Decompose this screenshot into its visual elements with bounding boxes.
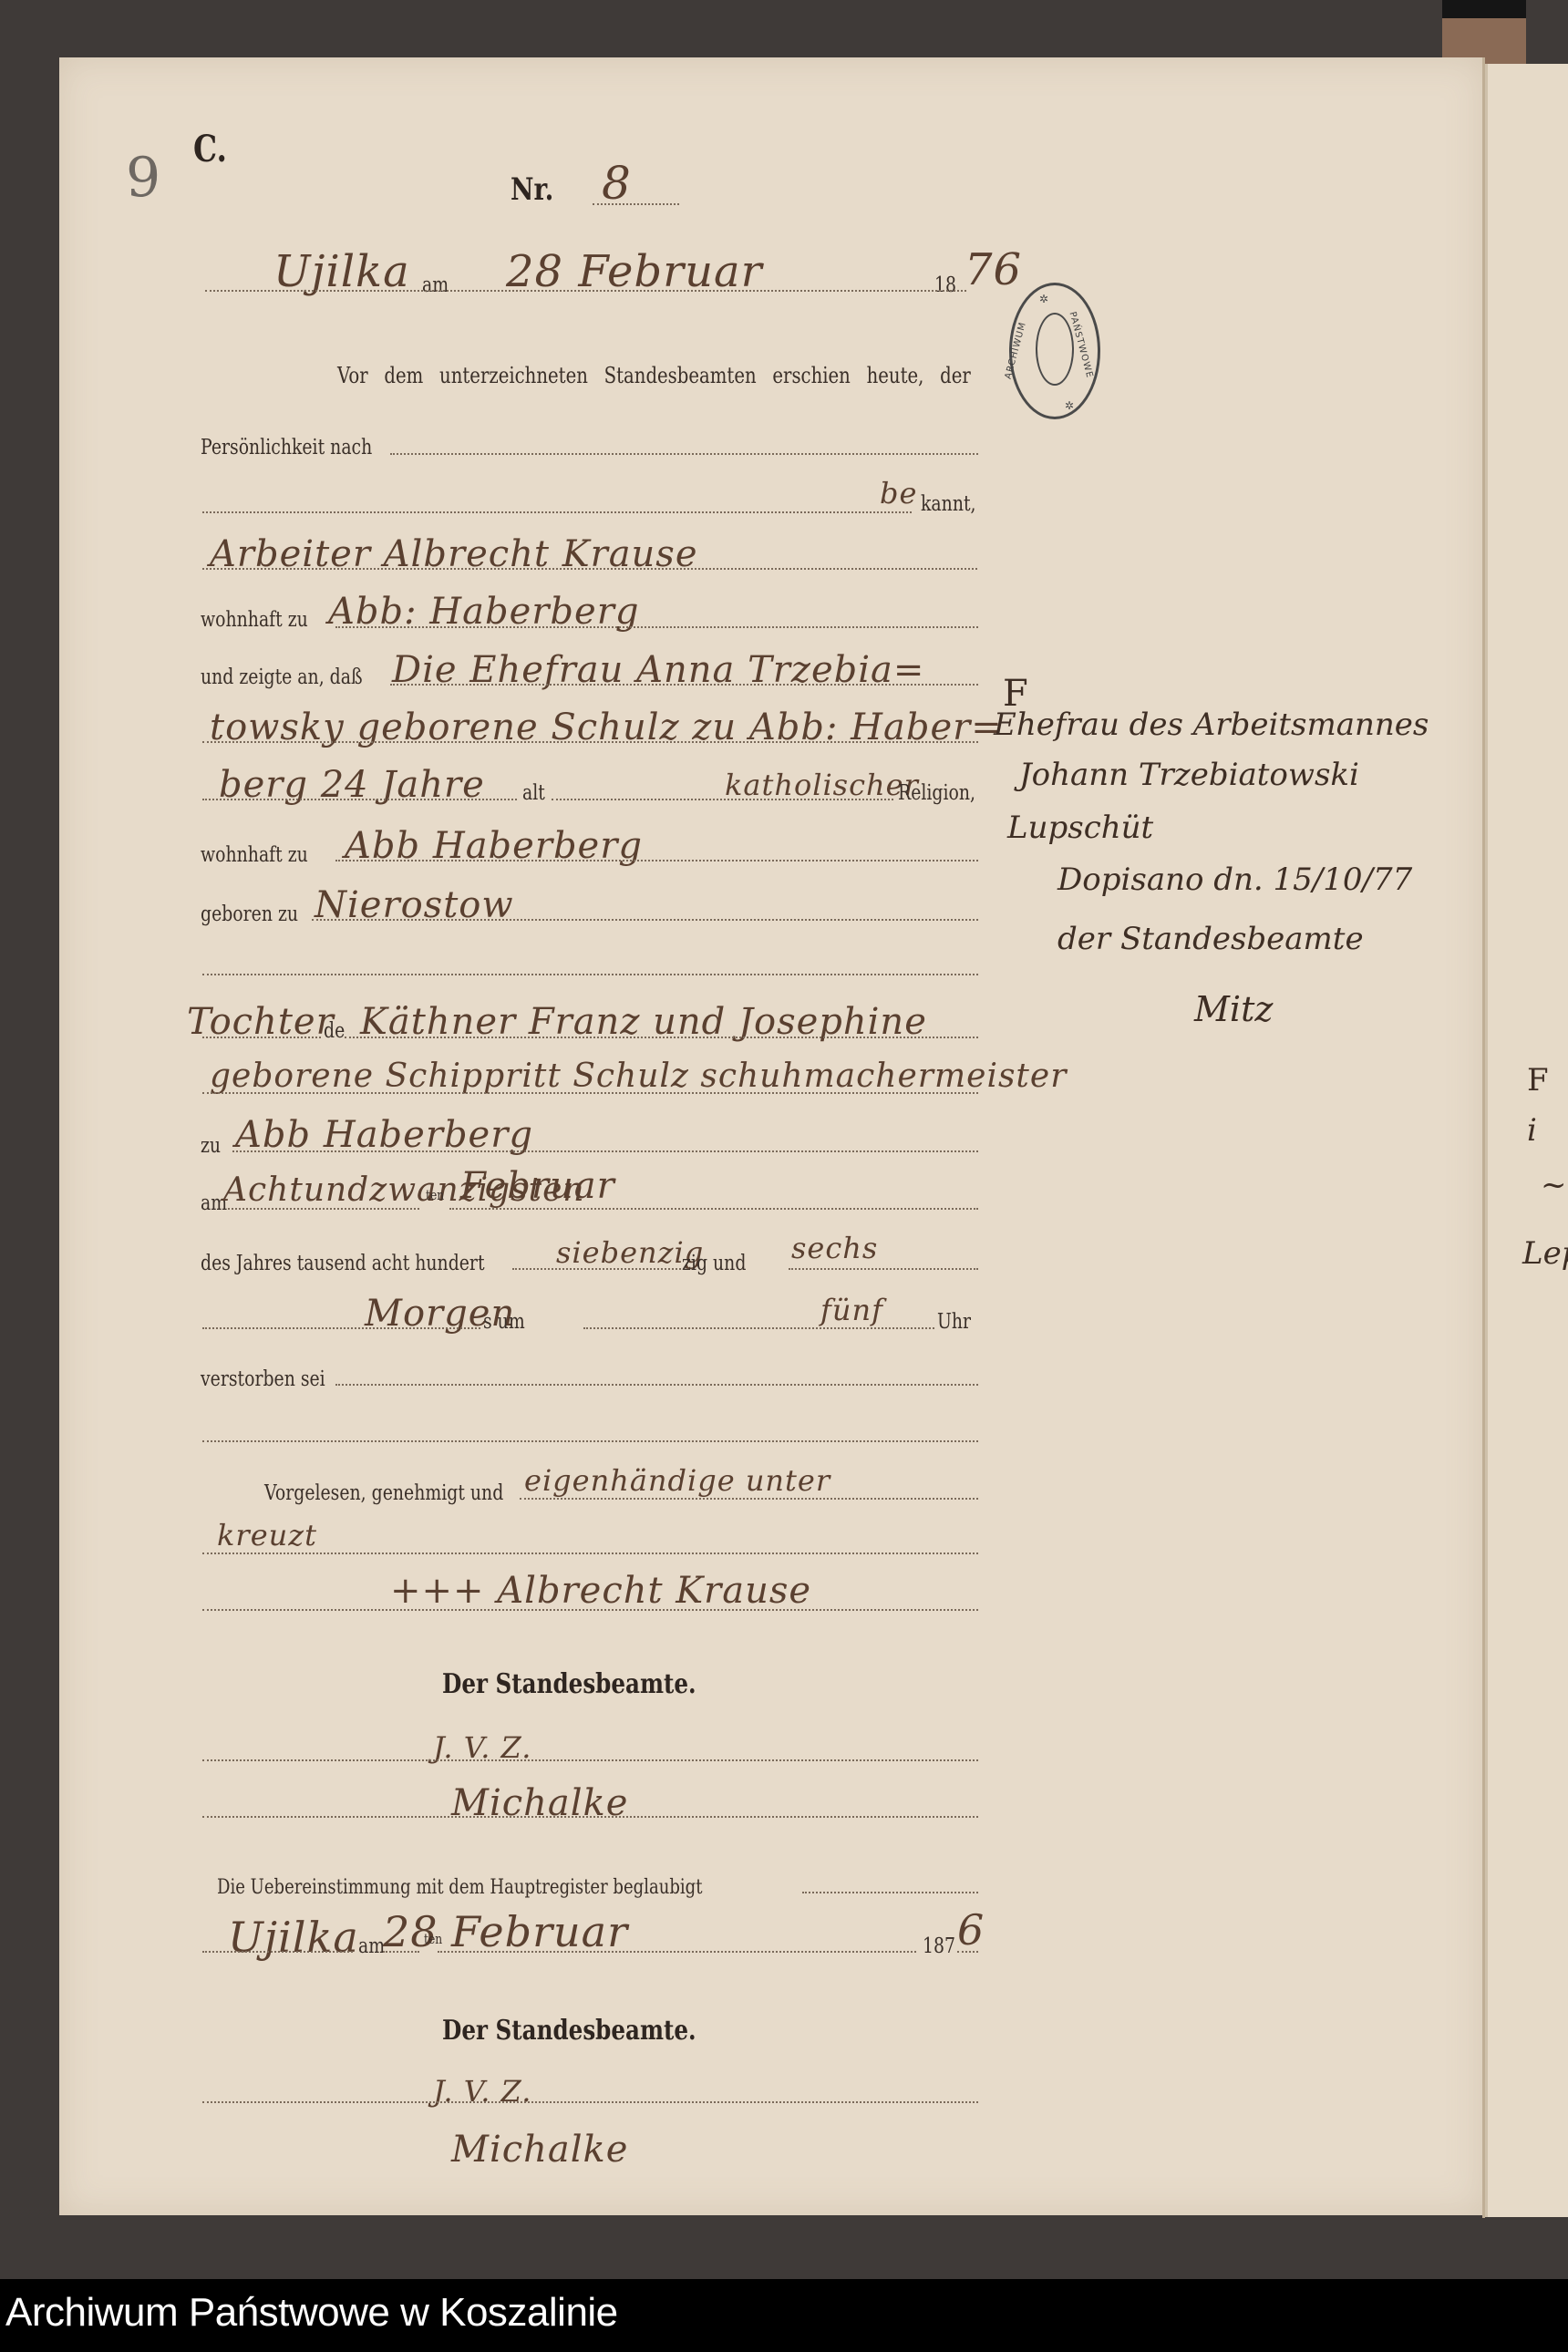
- registrar-title: Der Standesbeamte.: [442, 1668, 696, 1700]
- am-label: am: [422, 273, 449, 297]
- record-number: 8: [602, 157, 632, 210]
- intro-text: Vor dem unterzeichneten Standesbeamten e…: [337, 363, 971, 388]
- death-day-line: [228, 1208, 419, 1210]
- known-line: [202, 511, 912, 513]
- cert-place: Ujilka: [228, 1913, 359, 1962]
- right-page-fragment-1: i: [1527, 1112, 1537, 1149]
- cert-ten: ten: [424, 1931, 442, 1947]
- year-suffix: 76: [965, 244, 1022, 295]
- deceased-line: [335, 1384, 978, 1386]
- year-und: zig und: [682, 1252, 746, 1275]
- record-number-label: Nr.: [511, 171, 553, 208]
- signature-line: [202, 1609, 978, 1611]
- read-line-2: [202, 1553, 978, 1554]
- informant-signature: +++ Albrecht Krause: [390, 1570, 811, 1612]
- right-page-fragment-3: Lep: [1522, 1235, 1568, 1272]
- star-icon: ✲: [1065, 399, 1074, 412]
- cert-day-line: [383, 1951, 419, 1953]
- cert-month: Februar: [451, 1907, 628, 1956]
- deceased-line-2-underline: [202, 741, 978, 743]
- year-units: sechs: [791, 1231, 878, 1265]
- time-s-um: s um: [483, 1310, 525, 1334]
- archive-footer: Archiwum Państwowe w Koszalinie: [0, 2279, 1568, 2352]
- cert-year-suffix: 6: [957, 1905, 985, 1955]
- year-prefix: 18: [934, 273, 956, 297]
- blank-line-2: [202, 1440, 978, 1442]
- cert-am: am: [358, 1934, 385, 1958]
- cert-year-prefix: 187: [923, 1934, 955, 1958]
- margin-note-line-3: Lupschüt: [1007, 810, 1153, 846]
- parents-de: de: [324, 1019, 345, 1043]
- right-page-mark: F: [1527, 1062, 1549, 1099]
- blank-line: [202, 974, 978, 975]
- deceased-residence-label: wohnhaft zu: [201, 843, 308, 867]
- parents-place-line: [232, 1150, 978, 1152]
- book-spine-edge: [1442, 0, 1526, 64]
- death-ten: ten: [426, 1187, 444, 1203]
- section-letter: C.: [193, 128, 227, 170]
- born-label: geboren zu: [201, 903, 298, 926]
- registrar-name: Michalke: [451, 1782, 628, 1824]
- registrar-initials-2: J. V. Z.: [433, 2074, 531, 2109]
- parents-line-1a: [202, 1037, 321, 1038]
- stamp-inner-oval: [1036, 313, 1074, 386]
- hour-line: [583, 1327, 934, 1329]
- age-line: [202, 799, 517, 800]
- known-suffix: kannt,: [921, 492, 976, 516]
- deceased-residence-line: [335, 860, 978, 861]
- parents-line-2: geborene Schippritt Schulz schuhmacherme…: [210, 1057, 1067, 1095]
- informant-line: [202, 568, 977, 570]
- registrar-title-2: Der Standesbeamte.: [442, 2015, 696, 2047]
- parents-line-1b: [345, 1037, 978, 1038]
- religion-label: Religion,: [898, 781, 975, 805]
- residence-label: wohnhaft zu: [201, 608, 308, 632]
- hour-label: Uhr: [937, 1310, 971, 1334]
- death-month-line: [449, 1208, 978, 1210]
- year-label: des Jahres tausend acht hundert: [201, 1252, 485, 1275]
- star-icon: ✲: [1039, 293, 1048, 305]
- deceased-line-1-underline: [390, 684, 978, 686]
- right-page-fragment-2: ~: [1541, 1167, 1567, 1203]
- read-value-2: kreuzt: [217, 1518, 317, 1553]
- religion-value: katholischer: [725, 768, 919, 802]
- read-approved-label: Vorgelesen, genehmigt und: [264, 1481, 503, 1505]
- hour: fünf: [820, 1293, 883, 1327]
- margin-note-line-5: der Standesbeamte: [1057, 921, 1364, 957]
- age-label: alt: [522, 781, 545, 805]
- known-prefix: be: [880, 476, 917, 511]
- year-tens-line: [512, 1268, 681, 1270]
- margin-note-line-4: Dopisano dn. 15/10/77: [1057, 861, 1412, 898]
- archive-stamp: ARCHIWUM PAŃSTWOWE ✲ ✲: [1009, 283, 1100, 419]
- place-date-line: [205, 290, 966, 292]
- reported-label: und zeigte an, daß: [201, 665, 363, 689]
- time-line: [202, 1327, 480, 1329]
- archive-name: Archiwum Państwowe w Koszalinie: [5, 2290, 618, 2336]
- parents-line-2-underline: [202, 1092, 978, 1094]
- cert-month-line: [438, 1951, 916, 1953]
- religion-line: [552, 799, 893, 800]
- margin-note-signature: Mitz: [1194, 989, 1273, 1029]
- read-line: [520, 1498, 978, 1500]
- registrar-name-2: Michalke: [451, 2129, 628, 2171]
- registrar-line-2: [202, 1816, 978, 1818]
- read-value: eigenhändige unter: [524, 1463, 830, 1498]
- cert-year-line: [957, 1951, 978, 1953]
- margin-note-line-1: Ehefrau des Arbeitsmannes: [994, 707, 1429, 743]
- record-number-line: [593, 203, 679, 205]
- certification-line: [802, 1892, 978, 1893]
- registrar-line-3: [202, 2101, 978, 2103]
- death-month: Februar: [460, 1165, 615, 1207]
- parents-zu-label: zu: [201, 1134, 221, 1158]
- personality-label: Persönlichkeit nach: [201, 436, 372, 459]
- residence-line: [335, 626, 978, 628]
- margin-note-line-2: Johann Trzebiatowski: [1019, 757, 1359, 793]
- pencil-page-number: 9: [126, 146, 161, 210]
- deceased-label: verstorben sei: [201, 1367, 325, 1391]
- personality-line: [390, 453, 978, 455]
- registrar-line-1: [202, 1759, 978, 1761]
- certification-label: Die Uebereinstimmung mit dem Hauptregist…: [217, 1876, 702, 1899]
- year-units-line: [789, 1268, 978, 1270]
- cert-place-line: [202, 1951, 353, 1953]
- born-line: [312, 919, 978, 921]
